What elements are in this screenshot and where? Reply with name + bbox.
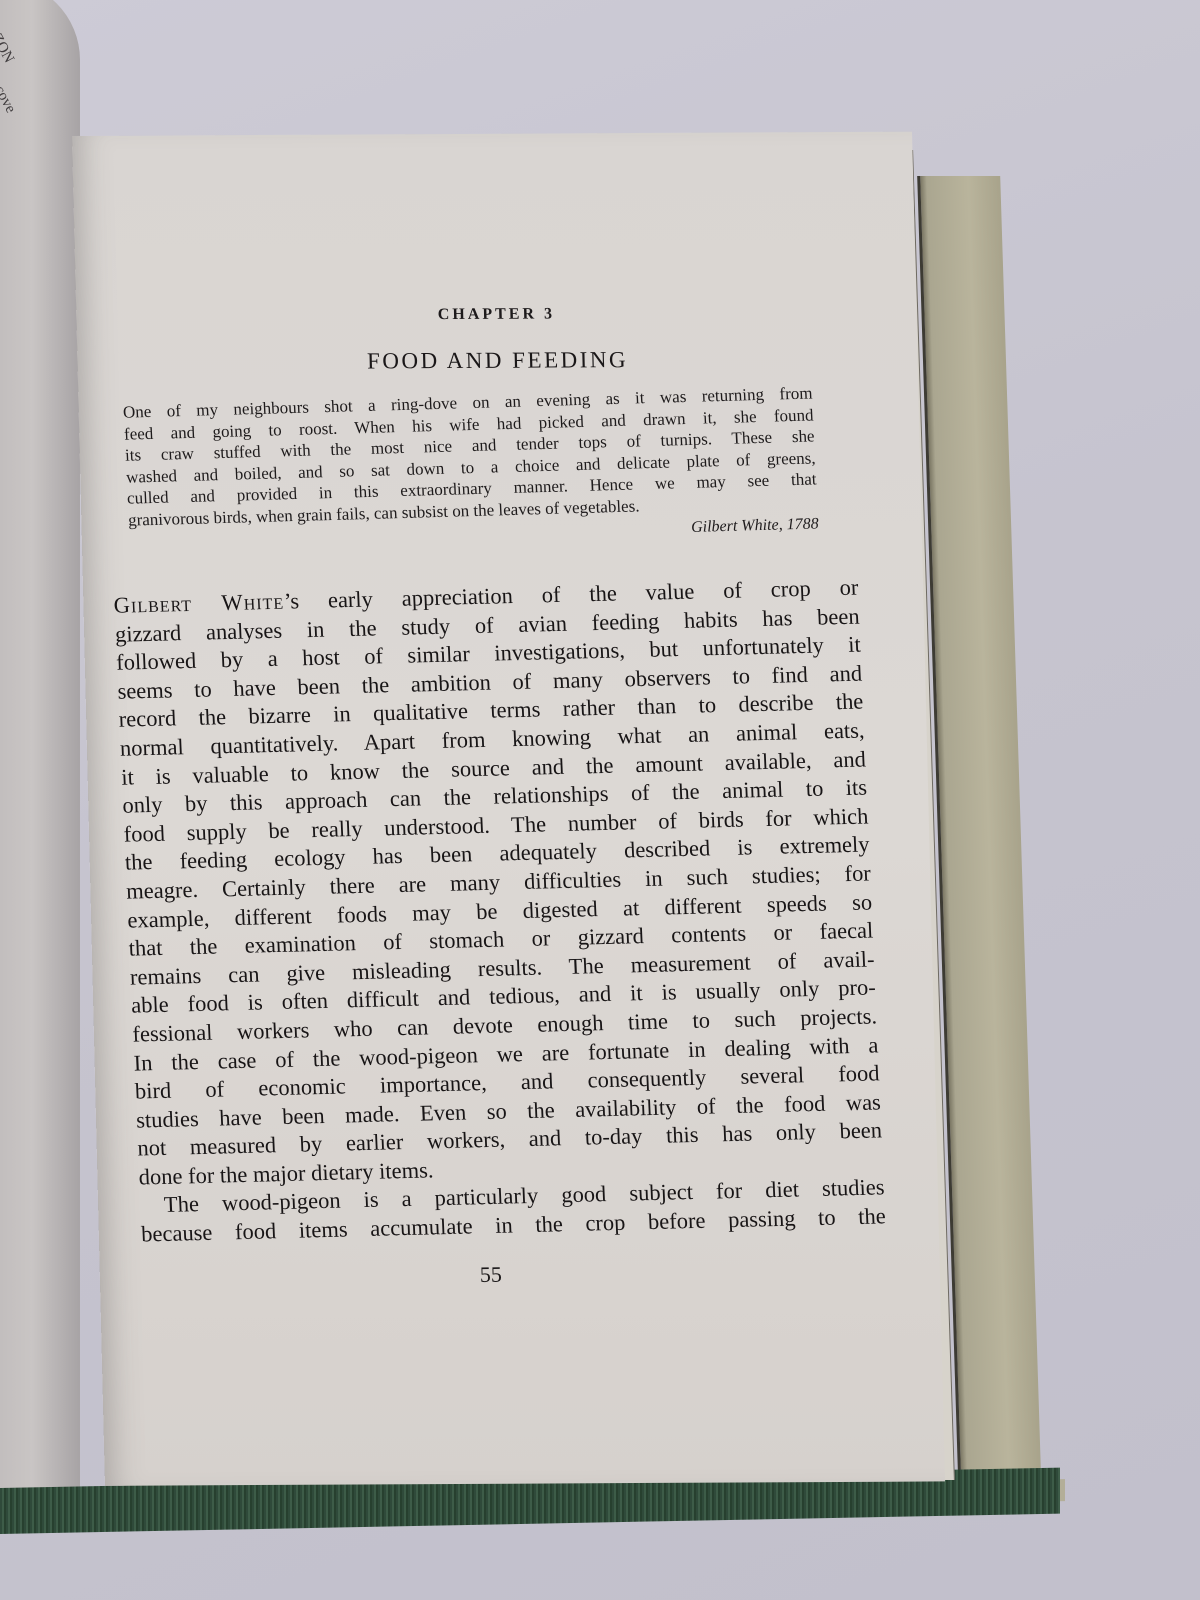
- page-number: 55: [480, 1262, 503, 1288]
- chapter-title: FOOD AND FEEDING: [77, 346, 918, 376]
- left-page-text-fragments: OZON d nesting cove verse applies ose fo…: [0, 20, 80, 368]
- body-text: Gilbert White’s early appreciation of th…: [113, 574, 886, 1250]
- epigraph: One of my neighbours shot a ring-dove on…: [123, 382, 820, 554]
- lead-small-caps: Gilbert White: [113, 589, 284, 618]
- book-photo: OZON d nesting cove verse applies ose fo…: [0, 0, 1200, 1600]
- left-facing-page: OZON d nesting cove verse applies ose fo…: [0, 0, 80, 1500]
- book-page: CHAPTER 3 FOOD AND FEEDING One of my nei…: [72, 132, 945, 1486]
- chapter-label: CHAPTER 3: [76, 304, 916, 326]
